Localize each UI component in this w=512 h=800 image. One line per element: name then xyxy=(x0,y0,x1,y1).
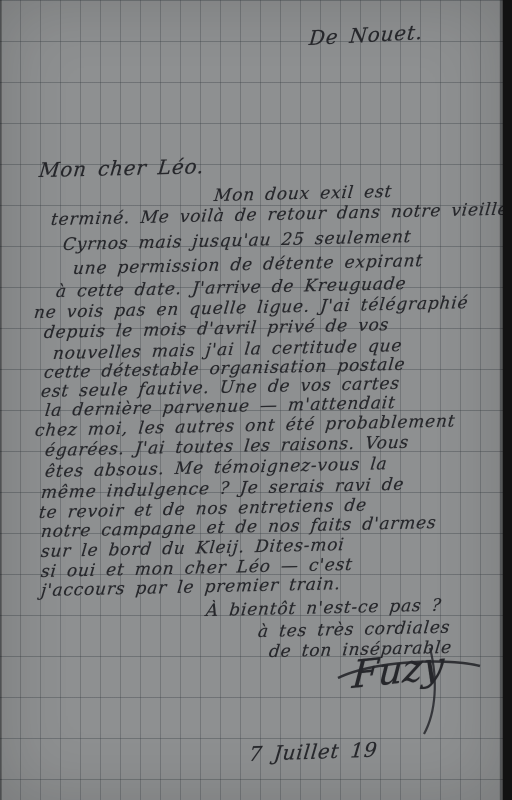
closing-line: À bientôt n'est-ce pas ? xyxy=(205,596,443,621)
scan-border xyxy=(503,0,512,800)
grid-paper: De Nouet. Mon cher Léo. Mon doux exil es… xyxy=(0,0,503,800)
header-location: De Nouet. xyxy=(308,20,424,50)
letter-line: Cyrnos mais jusqu'au 25 seulement xyxy=(62,227,412,255)
signature-flourish-icon xyxy=(330,640,490,740)
date-line: 7 Juillet 19 xyxy=(248,737,379,766)
letter-line: terminé. Me voilà de retour dans notre v… xyxy=(50,200,503,230)
salutation: Mon cher Léo. xyxy=(38,154,206,182)
scanned-letter: De Nouet. Mon cher Léo. Mon doux exil es… xyxy=(0,0,512,800)
